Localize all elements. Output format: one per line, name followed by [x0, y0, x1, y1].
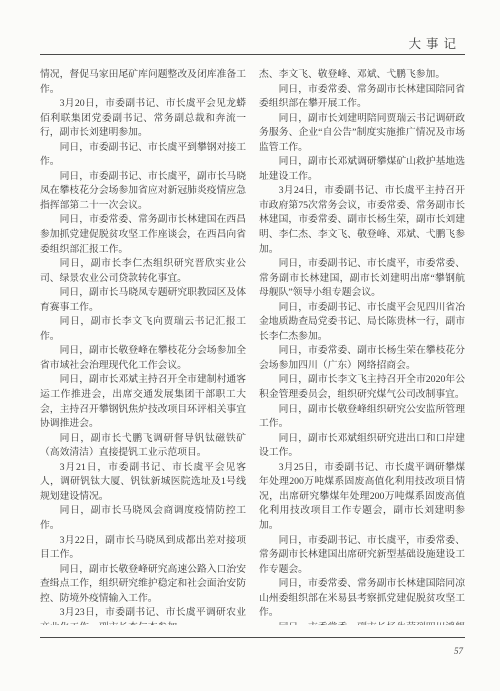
paragraph: 同日，市委常委、常务副市长林建国陪同凉山州委组织部在米易县考察抓党建促脱贫攻坚工…: [259, 577, 465, 621]
paragraph: 3月20日，市委副书记、市长虞平会见龙蟒佰利联集团党委副书记、常务副总裁和奔流一…: [40, 97, 246, 141]
paragraph: 同日，副市长马晓凤会商调度疫情防控工作。: [40, 504, 246, 533]
paragraph: 同日，副市长敬登峰在攀枝花分会场参加全省市域社会治理现代化工作会议。: [40, 344, 246, 373]
paragraph: 3月21日，市委副书记、市长虞平会见客人，调研钒钛大厦、钒钛新城医院选址及1号线…: [40, 461, 246, 505]
paragraph: 3月25日，市委副书记、市长虞平调研攀煤年处理200万吨煤系固废高值化利用技改项…: [259, 461, 465, 534]
paragraph: 同日，副市长邓斌组织研究进出口和口岸建设工作。: [259, 432, 465, 461]
paragraph: 同日，市委常委、常务副市长林建国陪同省委组织部在攀开展工作。: [259, 83, 465, 112]
left-column: 情况，督促马家田尾矿库问题整改及闭库准备工作。3月20日，市委副书记、市长虞平会…: [40, 68, 246, 625]
paragraph: 情况，督促马家田尾矿库问题整改及闭库准备工作。: [40, 68, 246, 97]
paragraph: 同日，副市长邓斌主持召开全市建制村通客运工作推进会，出席交通发展集团干部职工大会…: [40, 373, 246, 431]
paragraph: 同日，副市长马晓凤专题研究职教园区及体育赛事工作。: [40, 286, 246, 315]
paragraph: 同日，副市长刘建明陪同贾瑞云书记调研政务服务、企业“自公告”制度实施推广情况及市…: [259, 112, 465, 156]
paragraph: 同日，市委副书记、市长虞平到攀钢对接工作。: [40, 141, 246, 170]
paragraph: 同日，市委常委、副市长杨生荣到四川鸿舰重型机械制造有限责任公司调研。: [259, 621, 465, 625]
paragraph: 同日，副市长李仁杰组织研究晋欣实业公司、绿景农业公司贷款转化事宜。: [40, 257, 246, 286]
paragraph: 同日，副市长弋鹏飞调研督导钒钛磁铁矿（高效清洁）直接提钒工业示范项目。: [40, 432, 246, 461]
paragraph: 杰、李文飞、敬登峰、邓斌、弋鹏飞参加。: [259, 68, 465, 83]
paragraph: 同日，副市长李文飞向贾瑞云书记汇报工作。: [40, 315, 246, 344]
document-page: 大事记 情况，督促马家田尾矿库问题整改及闭库准备工作。3月20日，市委副书记、市…: [0, 0, 500, 691]
paragraph: 同日，市委副书记、市长虞平，市委常委、常务副市长林建国出席研究新型基础设施建设工…: [259, 534, 465, 578]
paragraph: 3月24日，市委副书记、市长虞平主持召开市政府第75次常务会议，市委常委、常务副…: [259, 184, 465, 257]
paragraph: 同日，市委常委、常务副市长林建国在西昌参加抓党建促脱贫攻坚工作座谈会，在西昌向省…: [40, 213, 246, 257]
right-column: 杰、李文飞、敬登峰、邓斌、弋鹏飞参加。同日，市委常委、常务副市长林建国陪同省委组…: [259, 68, 465, 625]
page-header: 大事记: [40, 0, 465, 55]
page-footer: 57: [40, 638, 465, 659]
paragraph: 同日，副市长李文飞主持召开全市2020年公积金管理委员会，组织研究煤气公司改制事…: [259, 373, 465, 402]
paragraph: 同日，副市长敬登峰组织研究公安监所管理工作。: [259, 403, 465, 432]
page-number: 57: [454, 646, 463, 656]
paragraph: 同日，副市长邓斌调研攀煤矿山救护基地选址建设工作。: [259, 155, 465, 184]
text-columns: 情况，督促马家田尾矿库问题整改及闭库准备工作。3月20日，市委副书记、市长虞平会…: [40, 68, 465, 625]
paragraph: 同日，副市长敬登峰研究高速公路入口治安查缉点工作，组织研究维护稳定和社会面治安防…: [40, 563, 246, 607]
paragraph: 同日，市委常委、副市长杨生荣在攀枝花分会场参加四川（广东）网络招商会。: [259, 344, 465, 373]
paragraph: 同日，市委副书记、市长虞平，市委常委、常务副市长林建国，副市长刘建明出席“攀钢航…: [259, 257, 465, 301]
paragraph: 同日，市委副书记、市长虞平会见四川省冶金地质勘查局党委书记、局长陈贵林一行，副市…: [259, 301, 465, 345]
paragraph: 3月22日，副市长马晓凤到成都出差对接项目工作。: [40, 534, 246, 563]
paragraph: 同日，市委副书记、市长虞平，副市长马晓凤在攀枝花分会场参加省应对新冠肺炎疫情应急…: [40, 170, 246, 214]
header-title: 大事记: [408, 34, 461, 54]
paragraph: 3月23日，市委副书记、市长虞平调研农业产业化工作，副市长李仁杰参加。: [40, 606, 246, 625]
